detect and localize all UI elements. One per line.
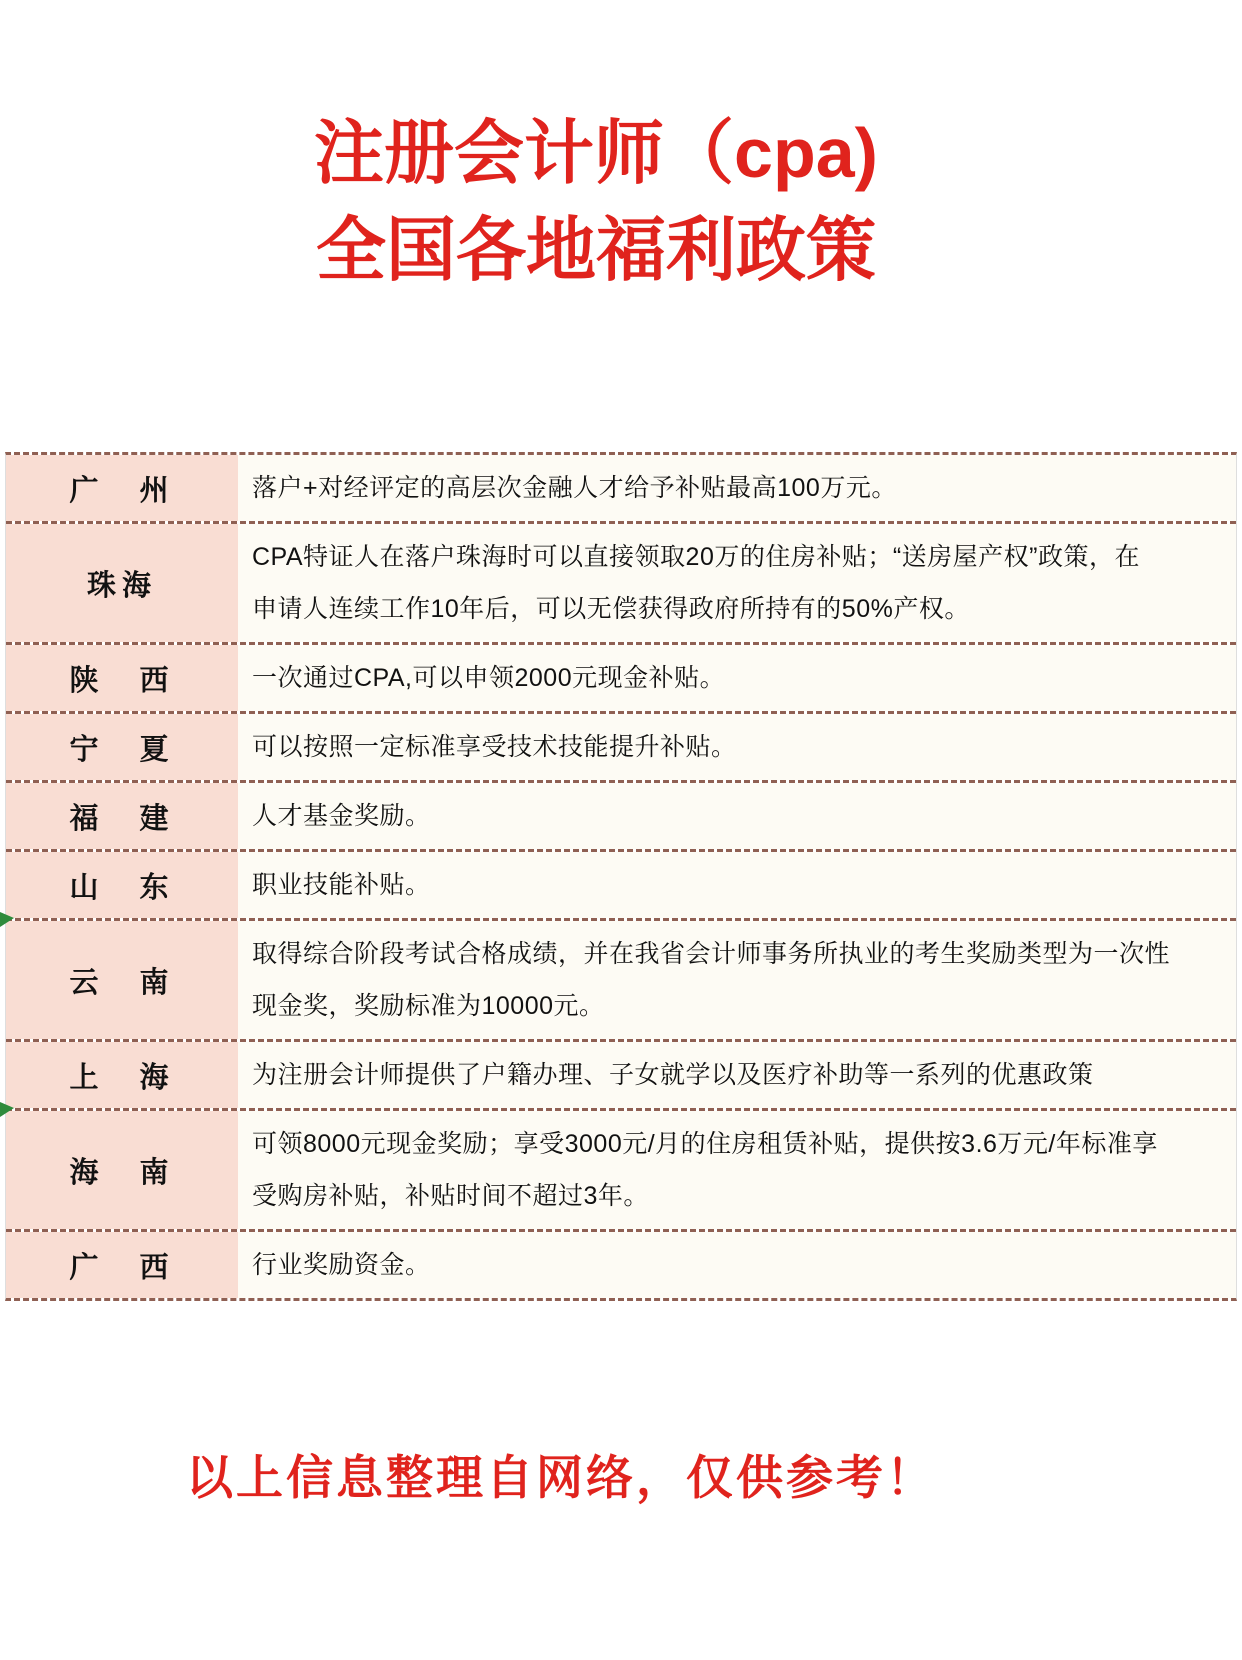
policy-cell: 可以按照一定标准享受技术技能提升补贴。 [238,714,1236,780]
region-name: 山 东 [69,865,174,906]
region-name: 珠海 [87,563,157,604]
policy-text: 为注册会计师提供了户籍办理、子女就学以及医疗补助等一系列的优惠政策 [252,1049,1226,1101]
region-name: 陕 西 [69,658,174,699]
policy-text: 行业奖励资金。 [252,1239,1226,1291]
table-row: 宁 夏可以按照一定标准享受技术技能提升补贴。 [6,711,1236,780]
region-cell: 云 南 [6,921,238,1039]
region-name: 宁 夏 [69,727,174,768]
green-arrow-icon [0,912,14,927]
table-row: 广 西行业奖励资金。 [6,1229,1236,1298]
policy-cell: 行业奖励资金。 [238,1232,1236,1298]
title-line-1: 注册会计师（cpa) [0,105,1217,202]
region-cell: 陕 西 [6,645,238,711]
region-cell: 广 州 [6,455,238,521]
region-cell: 上 海 [6,1042,238,1108]
region-cell: 山 东 [6,852,238,918]
table-row: 陕 西一次通过CPA,可以申领2000元现金补贴。 [6,642,1236,711]
policy-table: 广 州落户+对经评定的高层次金融人才给予补贴最高100万元。珠海CPA特证人在落… [5,452,1237,1301]
policy-text: 申请人连续工作10年后，可以无偿获得政府所持有的50%产权。 [252,583,1226,635]
table-row: 上 海为注册会计师提供了户籍办理、子女就学以及医疗补助等一系列的优惠政策 [6,1039,1236,1108]
table-row: 广 州落户+对经评定的高层次金融人才给予补贴最高100万元。 [6,455,1236,521]
region-name: 海 南 [69,1150,174,1191]
region-name: 上 海 [69,1055,174,1096]
policy-cell: 职业技能补贴。 [238,852,1236,918]
region-cell: 珠海 [6,524,238,642]
policy-text: 现金奖，奖励标准为10000元。 [252,980,1226,1032]
region-cell: 海 南 [6,1111,238,1229]
policy-text: 人才基金奖励。 [252,790,1226,842]
title-line-2: 全国各地福利政策 [0,202,1217,299]
policy-cell: 落户+对经评定的高层次金融人才给予补贴最高100万元。 [238,455,1236,521]
table-row: 福 建人才基金奖励。 [6,780,1236,849]
policy-text: 落户+对经评定的高层次金融人才给予补贴最高100万元。 [252,462,1226,514]
policy-cell: CPA特证人在落户珠海时可以直接领取20万的住房补贴；“送房屋产权”政策，在申请… [238,524,1236,642]
policy-cell: 取得综合阶段考试合格成绩，并在我省会计师事务所执业的考生奖励类型为一次性现金奖，… [238,921,1236,1039]
region-cell: 广 西 [6,1232,238,1298]
policy-text: CPA特证人在落户珠海时可以直接领取20万的住房补贴；“送房屋产权”政策，在 [252,531,1226,583]
table-row: 云 南取得综合阶段考试合格成绩，并在我省会计师事务所执业的考生奖励类型为一次性现… [6,918,1236,1039]
policy-cell: 为注册会计师提供了户籍办理、子女就学以及医疗补助等一系列的优惠政策 [238,1042,1236,1108]
region-name: 广 西 [69,1245,174,1286]
region-name: 云 南 [69,960,174,1001]
footer-note: 以上信息整理自网络，仅供参考！ [0,1441,1182,1508]
policy-text: 可领8000元现金奖励；享受3000元/月的住房租赁补贴，提供按3.6万元/年标… [252,1118,1226,1170]
policy-text: 受购房补贴，补贴时间不超过3年。 [252,1170,1226,1222]
policy-text: 取得综合阶段考试合格成绩，并在我省会计师事务所执业的考生奖励类型为一次性 [252,928,1226,980]
policy-cell: 可领8000元现金奖励；享受3000元/月的住房租赁补贴，提供按3.6万元/年标… [238,1111,1236,1229]
page-title: 注册会计师（cpa) 全国各地福利政策 [0,105,1217,299]
region-cell: 福 建 [6,783,238,849]
table-row: 珠海CPA特证人在落户珠海时可以直接领取20万的住房补贴；“送房屋产权”政策，在… [6,521,1236,642]
region-name: 广 州 [69,468,174,509]
policy-cell: 一次通过CPA,可以申领2000元现金补贴。 [238,645,1236,711]
policy-text: 职业技能补贴。 [252,859,1226,911]
policy-cell: 人才基金奖励。 [238,783,1236,849]
table-row: 海 南可领8000元现金奖励；享受3000元/月的住房租赁补贴，提供按3.6万元… [6,1108,1236,1229]
region-name: 福 建 [69,796,174,837]
region-cell: 宁 夏 [6,714,238,780]
page: 注册会计师（cpa) 全国各地福利政策 广 州落户+对经评定的高层次金融人才给予… [0,105,1242,1508]
policy-text: 可以按照一定标准享受技术技能提升补贴。 [252,721,1226,773]
policy-text: 一次通过CPA,可以申领2000元现金补贴。 [252,652,1226,704]
green-arrow-icon [0,1102,14,1117]
table-row: 山 东职业技能补贴。 [6,849,1236,918]
